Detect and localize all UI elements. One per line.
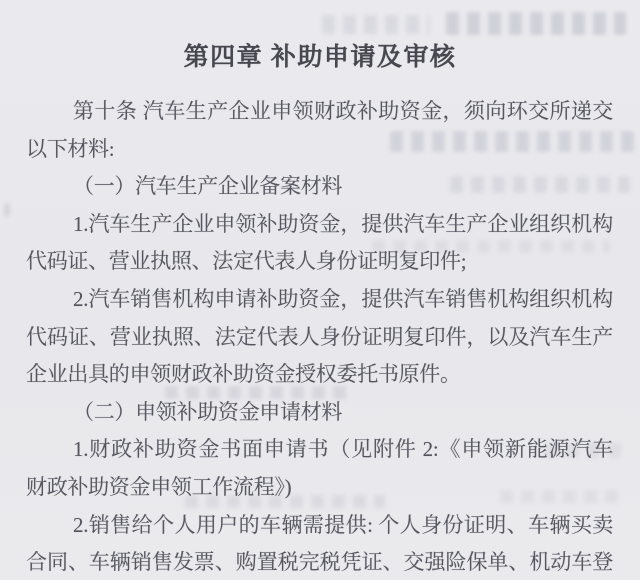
document-body: 第十条 汽车生产企业申领财政补助资金，须向环交所递交 以下材料: （一）汽车生产… [26, 93, 613, 580]
text-line: 2.汽车销售机构申请补助资金，提供汽车销售机构组织机构 [26, 281, 613, 319]
text-line: 企业出具的申领财政补助资金授权委托书原件。 [26, 356, 613, 394]
text-line: 代码证、营业执照、法定代表人身份证明复印件; [26, 243, 613, 281]
ink-bleed-artifact [446, 12, 626, 35]
chapter-heading: 第四章 补助申请及审核 [0, 44, 640, 72]
text-line: （二）申领补助资金申请材料 [26, 394, 613, 432]
scanned-document-page: 第四章 补助申请及审核 第十条 汽车生产企业申领财政补助资金，须向环交所递交 以… [0, 0, 640, 580]
text-line: 代码证、营业执照、法定代表人身份证明复印件，以及汽车生产 [26, 319, 613, 357]
ink-bleed-artifact [322, 15, 430, 34]
text-line: 以下材料: [26, 131, 613, 169]
text-line: 1.财政补助资金书面申请书（见附件 2:《申领新能源汽车 [26, 431, 613, 469]
text-line: 2.销售给个人用户的车辆需提供: 个人身份证明、车辆买卖 [26, 507, 613, 545]
text-line: 财政补助资金申领工作流程》) [26, 469, 613, 507]
text-line: 合同、车辆销售发票、购置税完税凭证、交强险保单、机动车登 [26, 544, 613, 580]
text-line: （一）汽车生产企业备案材料 [26, 168, 613, 206]
ink-bleed-artifact [4, 203, 10, 217]
text-line: 第十条 汽车生产企业申领财政补助资金，须向环交所递交 [26, 93, 613, 131]
text-line: 1.汽车生产企业申领补助资金，提供汽车生产企业组织机构 [26, 206, 613, 244]
